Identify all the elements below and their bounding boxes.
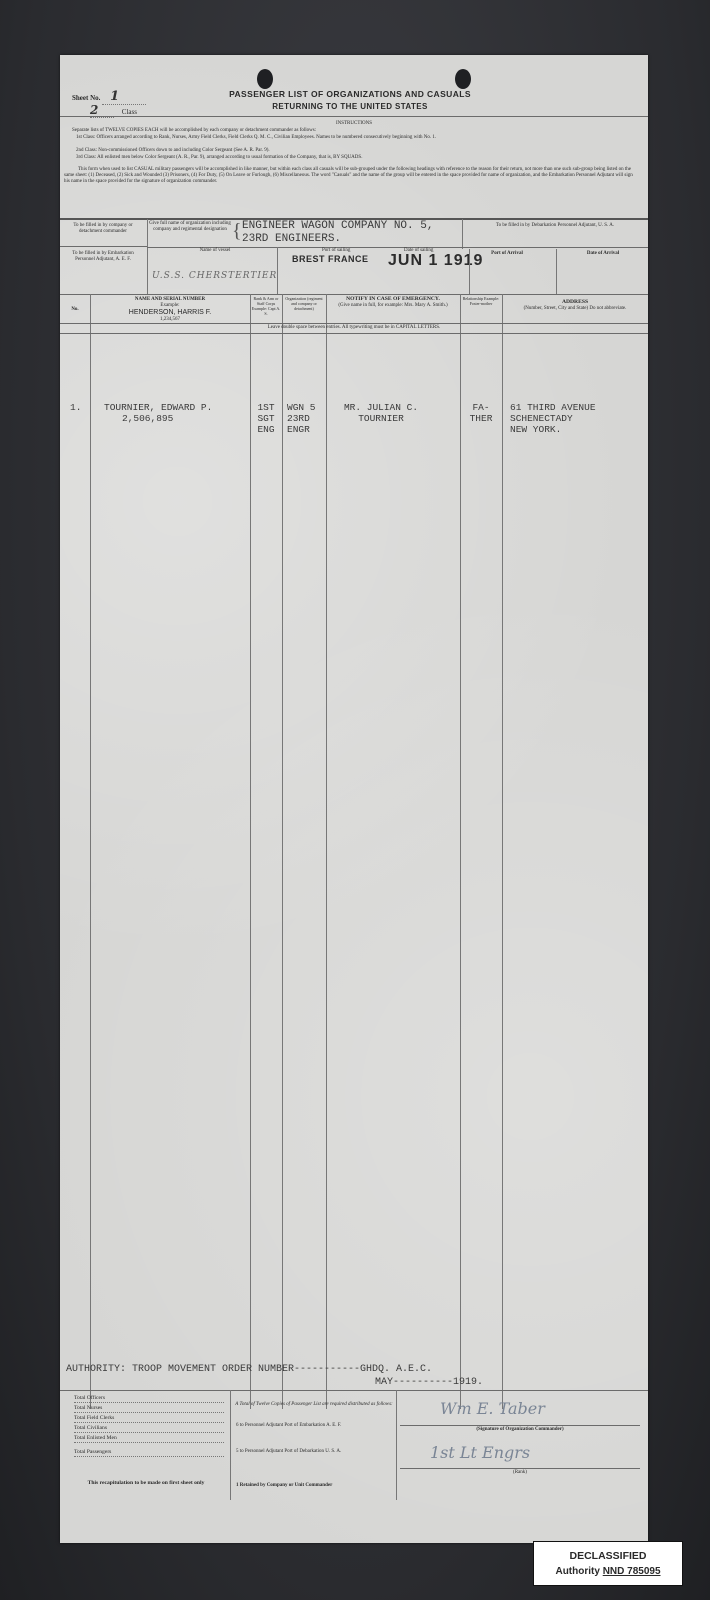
total-passengers: Total Passengers [74,1449,224,1457]
commander-rank: 1st Lt Engrs [430,1443,530,1462]
row-number: 1. [70,402,81,413]
distribution-retained: 1 Retained by Company or Unit Commander [236,1483,386,1489]
row-address: 61 THIRD AVENUE SCHENECTADY NEW YORK. [510,402,596,435]
instructions-class2: 2nd Class: Non-commissioned Officers dow… [72,148,637,154]
col-divider [326,294,327,1409]
punch-hole-left [257,69,273,89]
col-divider [460,294,461,1409]
divider [230,1390,231,1500]
col-divider [502,294,503,1409]
instructions-heading: INSTRUCTIONS [60,121,648,127]
organization-value-line2: 23RD ENGINEERS. [242,233,341,245]
recap-note: This recapitulation to be made on first … [66,1480,226,1487]
row-rank: 1ST SGT ENG [250,402,282,435]
divider [396,1390,397,1500]
passenger-list-sheet: Sheet No. 1 2 Class PASSENGER LIST OF OR… [60,55,648,1543]
row-relationship: FA- THER [460,402,502,424]
total-officers: Total Officers [74,1395,224,1403]
date-of-arrival-label: Date of Arrival [560,251,646,257]
declassified-stamp: DECLASSIFIED Authority NND 785095 [533,1541,683,1586]
authority-line: AUTHORITY: TROOP MOVEMENT ORDER NUMBER--… [66,1364,432,1375]
brace: { [232,221,242,241]
divider [469,249,470,294]
divider [60,294,648,295]
table-note: Leave double space between entries. All … [60,325,648,331]
instructions-casuals: This form when used to list CASUAL milit… [64,167,639,185]
authority-date: MAY----------1919. [375,1377,483,1388]
declassified-authority: Authority NND 785095 [534,1566,682,1577]
divider [277,247,278,294]
organization-value-line1: ENGINEER WAGON COMPANY NO. 5, [242,220,433,232]
punch-hole-right [455,69,471,89]
debarkation-label: To be filled in by Debarkation Personnel… [465,223,645,229]
col-rank-header: Rank & Arm or Staff Corps Example: Capt … [251,296,281,316]
col-notify-header: NOTIFY IN CASE OF EMERGENCY. (Give name … [327,296,459,309]
page-subtitle: RETURNING TO THE UNITED STATES [180,102,520,111]
embarkation-label: To be filled in by Embarkation Personnel… [62,251,144,263]
vessel-value: U.S.S. CHERSTERTIER [152,271,277,281]
divider [147,219,148,294]
divider [60,246,147,247]
totals-list: Total Officers Total Nurses Total Field … [74,1395,224,1457]
page-title: PASSENGER LIST OF ORGANIZATIONS AND CASU… [180,89,520,99]
signature-line [400,1425,640,1426]
instructions-class3: 3rd Class: All enlisted men below Color … [72,155,637,161]
port-of-arrival-label: Port of Arrival [472,251,542,257]
row-notify: MR. JULIAN C. TOURNIER [326,402,436,424]
port-of-sailing-stamp: BREST FRANCE [292,254,369,264]
divider [556,249,557,294]
total-civilians: Total Civilians [74,1425,224,1433]
divider [462,219,463,249]
col-address-header: ADDRESS (Number, Street, City and State)… [504,299,646,312]
distribution-embarkation: 6 to Personnel Adjutant Port of Embarkat… [236,1423,386,1429]
col-no-header: No. [60,307,90,313]
total-field-clerks: Total Field Clerks [74,1415,224,1423]
row-serial: 2,506,895 [122,413,173,424]
divider [60,116,648,117]
col-relationship-header: Relationship Example: Foster-mother [461,296,501,306]
col-name-header: NAME AND SERIAL NUMBER Example: HENDERSO… [90,297,250,323]
col-org-header: Organization (regiment and company or de… [283,296,325,311]
company-fill-label: To be filled in by company or detachment… [62,223,144,235]
divider [60,323,648,324]
signature-label: (Signature of Organization Commander) [400,1427,640,1433]
row-name: TOURNIER, EDWARD P. [104,402,212,413]
row-organization: WGN 5 23RD ENGR [287,402,316,435]
organization-label: Give full name of organization including… [149,221,231,233]
col-divider [90,294,91,1409]
instructions-class1: 1st Class: Officers arranged according t… [72,135,637,141]
total-enlisted-men: Total Enlisted Men [74,1435,224,1443]
vessel-label: Name of vessel [160,248,270,254]
rank-label: (Rank) [400,1470,640,1476]
col-divider [282,294,283,1409]
divider [60,333,648,334]
distribution-heading: A Total of Twelve Copies of Passenger Li… [234,1402,394,1408]
divider [60,1390,648,1391]
instructions-intro: Separate lists of TWELVE COPIES EACH wil… [72,128,637,134]
distribution-debarkation: 5 to Personnel Adjutant Port of Debarkat… [236,1449,386,1455]
commander-signature: Wm E. Taber [440,1399,545,1418]
declassified-label: DECLASSIFIED [534,1550,682,1562]
col-divider [250,294,251,1409]
rank-line [400,1468,640,1469]
total-nurses: Total Nurses [74,1405,224,1413]
